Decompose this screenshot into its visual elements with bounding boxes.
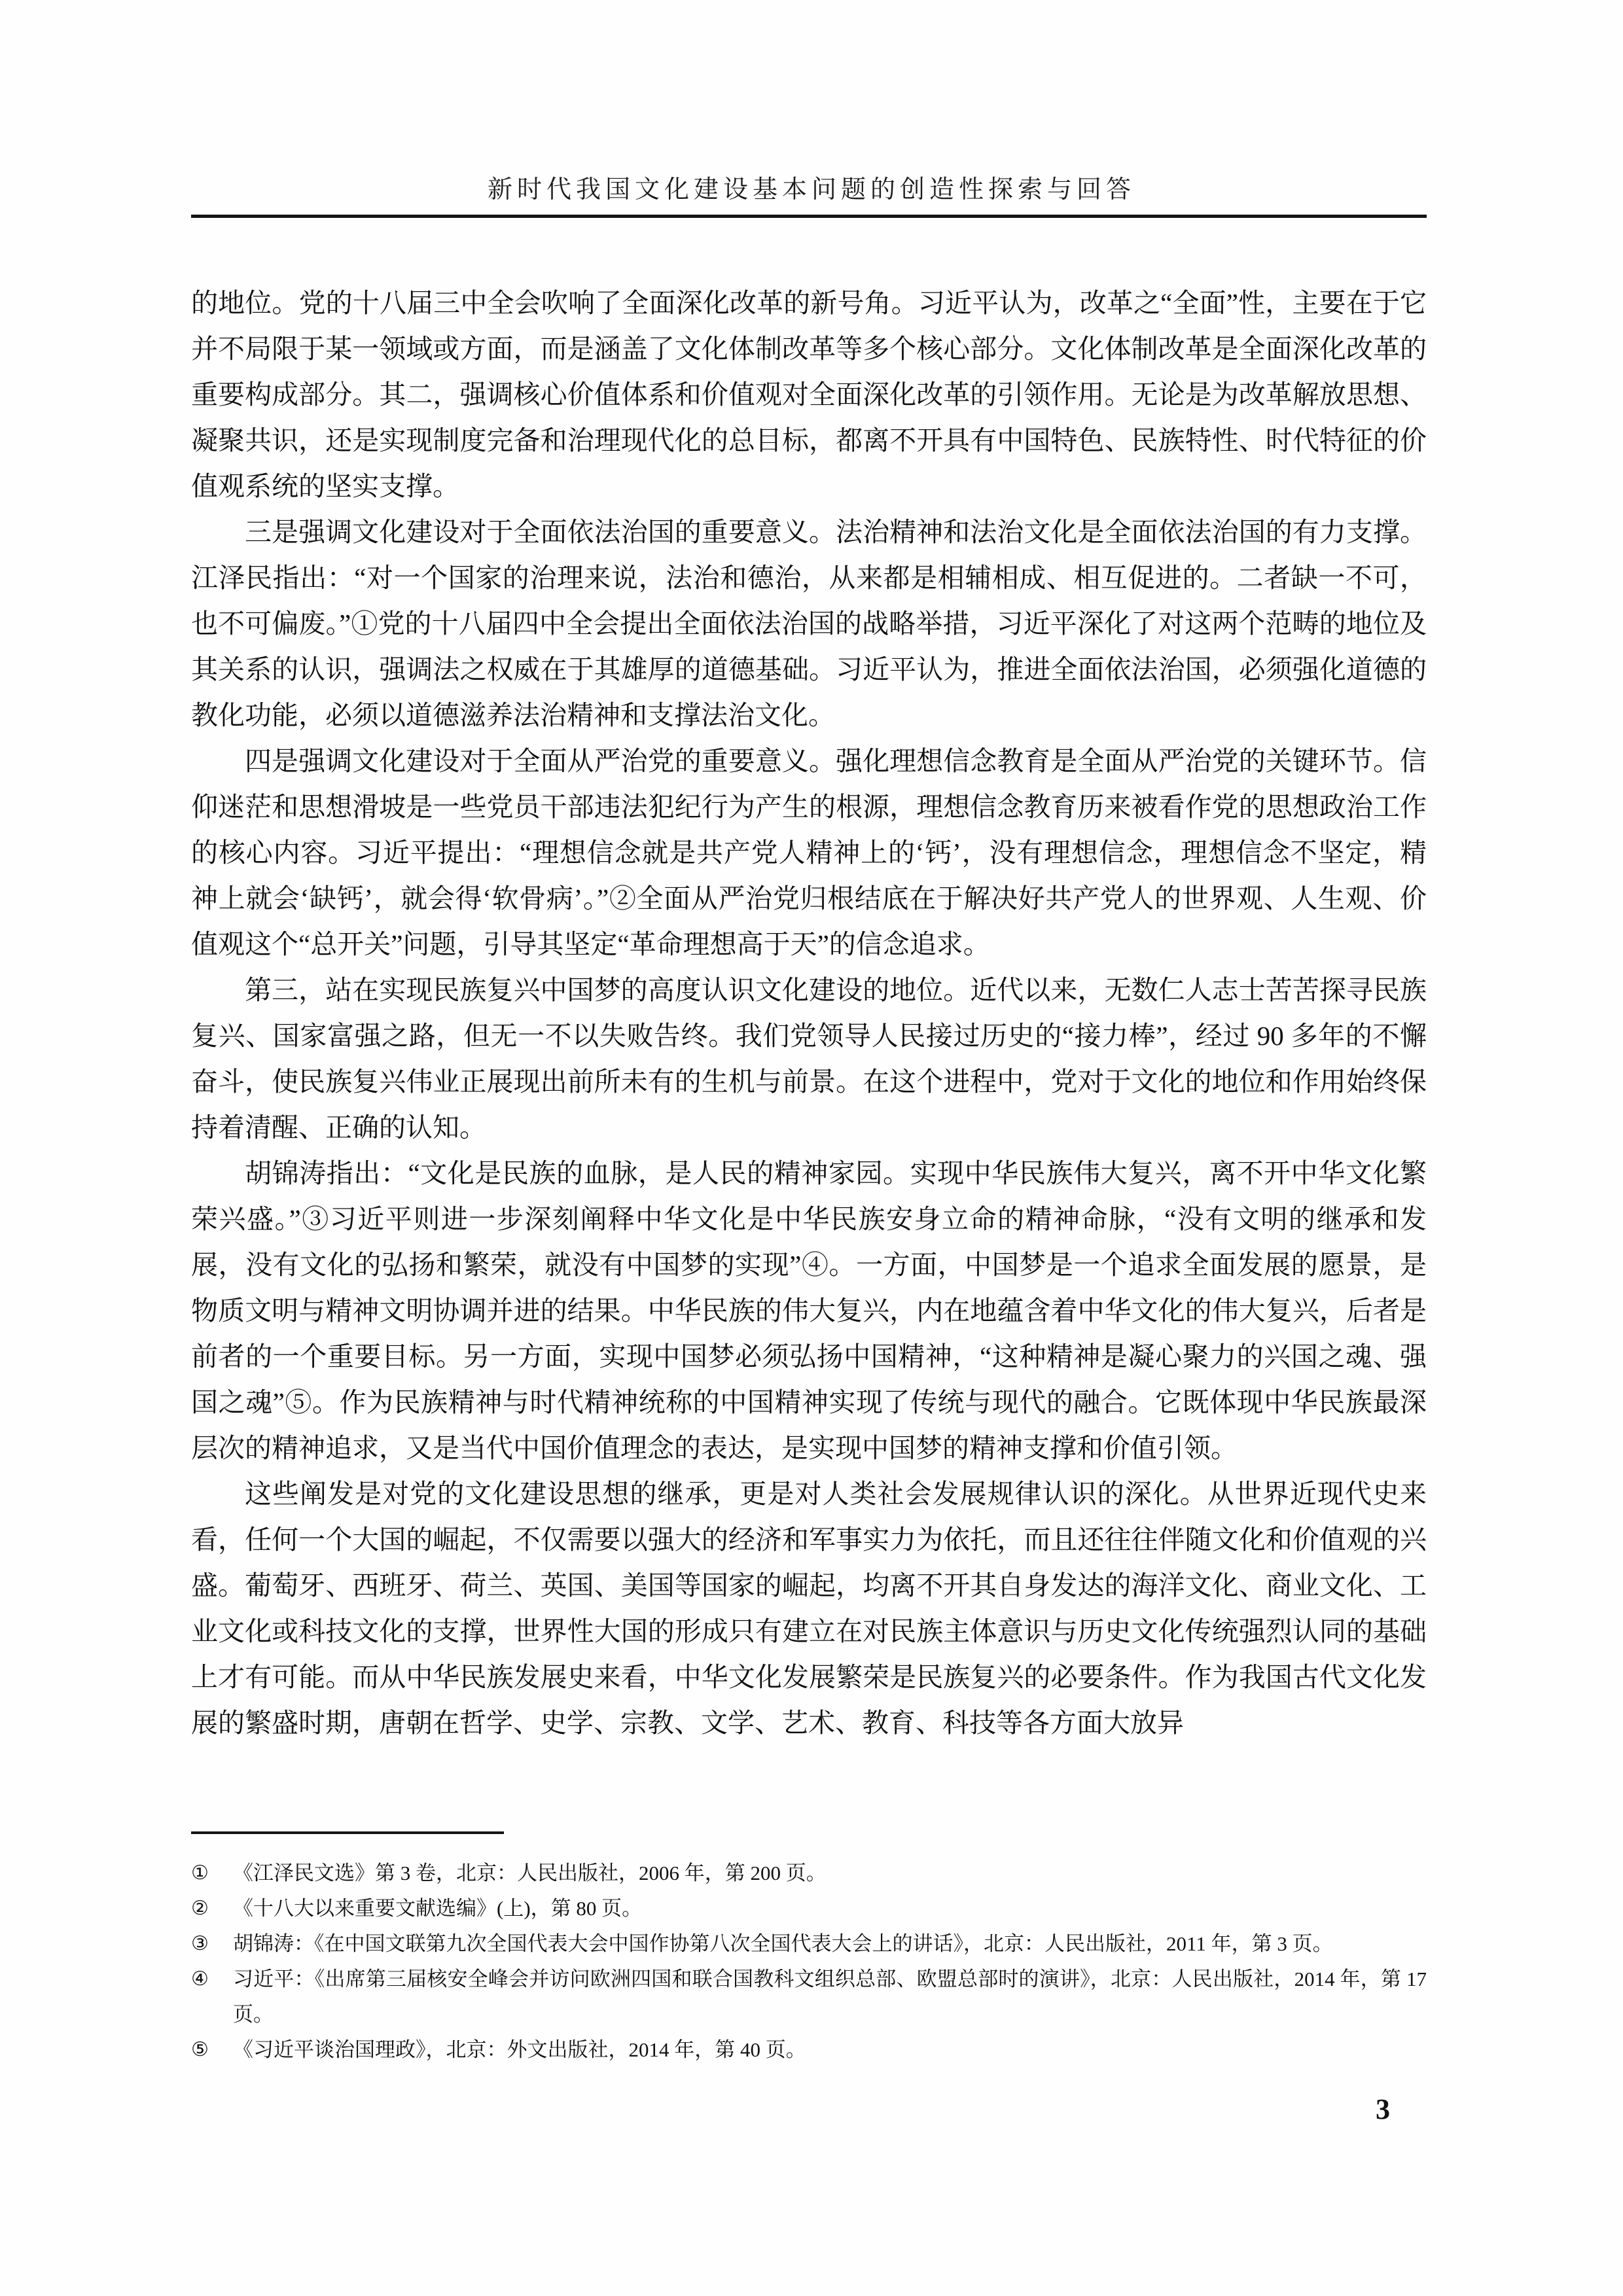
footnote-item: ④ 习近平：《出席第三届核安全峰会并访问欧洲四国和联合国教科文组织总部、欧盟总部… (191, 1962, 1427, 2032)
footnote-marker: ④ (191, 1962, 233, 1997)
footnote-text: 《十八大以来重要文献选编》(上)，第 80 页。 (233, 1891, 1427, 1926)
page-number: 3 (1376, 2093, 1390, 2126)
footnote-item: ③ 胡锦涛：《在中国文联第九次全国代表大会中国作协第八次全国代表大会上的讲话》，… (191, 1926, 1427, 1962)
footnote-item: ⑤ 《习近平谈治国理政》，北京：外文出版社，2014 年，第 40 页。 (191, 2032, 1427, 2068)
body-paragraph: 四是强调文化建设对于全面从严治党的重要意义。强化理想信念教育是全面从严治党的关键… (191, 738, 1427, 967)
footnote-marker: ③ (191, 1926, 233, 1962)
footnote-text: 习近平：《出席第三届核安全峰会并访问欧洲四国和联合国教科文组织总部、欧盟总部时的… (233, 1962, 1427, 2032)
body-paragraph: 第三，站在实现民族复兴中国梦的高度认识文化建设的地位。近代以来，无数仁人志士苦苦… (191, 967, 1427, 1150)
running-header-title: 新时代我国文化建设基本问题的创造性探索与回答 (0, 169, 1623, 205)
document-page: 新时代我国文化建设基本问题的创造性探索与回答 的地位。党的十八届三中全会吹响了全… (0, 0, 1623, 2296)
body-paragraph: 胡锦涛指出：“文化是民族的血脉，是人民的精神家园。实现中华民族伟大复兴，离不开中… (191, 1150, 1427, 1471)
header-rule (191, 215, 1427, 218)
body-paragraph: 这些阐发是对党的文化建设思想的继承，更是对人类社会发展规律认识的深化。从世界近现… (191, 1471, 1427, 1746)
body-paragraph: 三是强调文化建设对于全面依法治国的重要意义。法治精神和法治文化是全面依法治国的有… (191, 509, 1427, 738)
footnotes-block: ① 《江泽民文选》第 3 卷，北京：人民出版社，2006 年，第 200 页。 … (191, 1856, 1427, 2068)
body-text-block: 的地位。党的十八届三中全会吹响了全面深化改革的新号角。习近平认为，改革之“全面”… (191, 280, 1427, 1746)
footnote-marker: ② (191, 1891, 233, 1926)
footnote-text: 胡锦涛：《在中国文联第九次全国代表大会中国作协第八次全国代表大会上的讲话》，北京… (233, 1926, 1427, 1962)
footnote-separator (191, 1831, 504, 1834)
footnote-marker: ① (191, 1856, 233, 1891)
footnote-text: 《江泽民文选》第 3 卷，北京：人民出版社，2006 年，第 200 页。 (233, 1856, 1427, 1891)
footnote-item: ① 《江泽民文选》第 3 卷，北京：人民出版社，2006 年，第 200 页。 (191, 1856, 1427, 1891)
footnote-text: 《习近平谈治国理政》，北京：外文出版社，2014 年，第 40 页。 (233, 2032, 1427, 2068)
footnote-marker: ⑤ (191, 2032, 233, 2068)
body-paragraph: 的地位。党的十八届三中全会吹响了全面深化改革的新号角。习近平认为，改革之“全面”… (191, 280, 1427, 509)
footnote-item: ② 《十八大以来重要文献选编》(上)，第 80 页。 (191, 1891, 1427, 1926)
